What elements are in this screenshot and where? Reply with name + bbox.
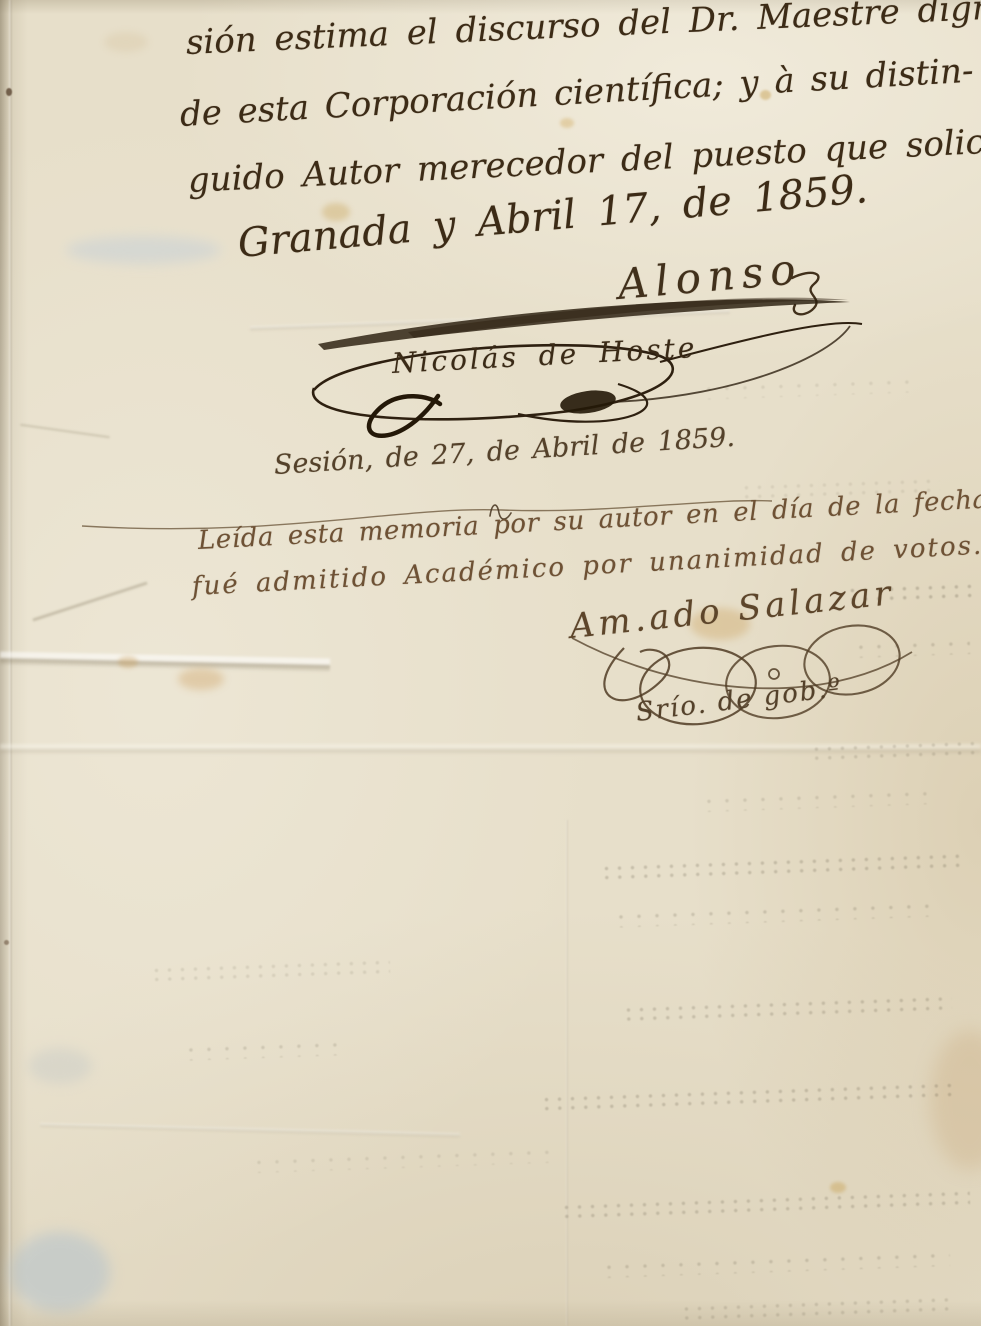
body-line-2: de esta Corporación científica; y à su d…	[179, 54, 974, 132]
paper-stain	[930, 1030, 981, 1170]
paper-stain	[104, 32, 148, 52]
bleedthrough-text	[622, 994, 952, 1022]
gray-smudge	[28, 1048, 92, 1084]
paper-stain	[830, 1182, 846, 1193]
horizontal-wrinkle-mid	[0, 652, 330, 673]
paper-stain	[118, 656, 138, 668]
ink-speck	[6, 88, 12, 96]
paper-stain	[178, 668, 224, 690]
fold-line	[0, 744, 981, 754]
diagonal-crease	[32, 582, 147, 622]
blue-smudge	[10, 1232, 110, 1312]
diagonal-crease	[20, 424, 109, 439]
body-line-1: sión estima el discurso del Dr. Maestre …	[185, 0, 981, 60]
secretary-rubric-flourish	[560, 600, 930, 745]
bleedthrough-text	[600, 1250, 950, 1278]
bleedthrough-text	[680, 1295, 950, 1320]
bleedthrough-text	[182, 1039, 342, 1061]
paper-stain	[560, 118, 574, 128]
left-edge-crease	[9, 0, 12, 1326]
manuscript-page: sión estima el discurso del Dr. Maestre …	[0, 0, 981, 1326]
horizontal-crease-lower	[40, 1123, 460, 1137]
bleedthrough-text	[612, 900, 942, 928]
bleedthrough-text	[250, 1147, 550, 1173]
bleedthrough-text	[540, 1081, 960, 1112]
bleedthrough-text	[560, 1189, 970, 1219]
blue-smudge	[66, 236, 221, 264]
ink-speck	[4, 940, 9, 945]
bleedthrough-text	[700, 788, 940, 812]
vertical-crease-lower	[566, 820, 568, 1326]
bleedthrough-text	[150, 958, 390, 982]
bleedthrough-text	[600, 852, 960, 881]
